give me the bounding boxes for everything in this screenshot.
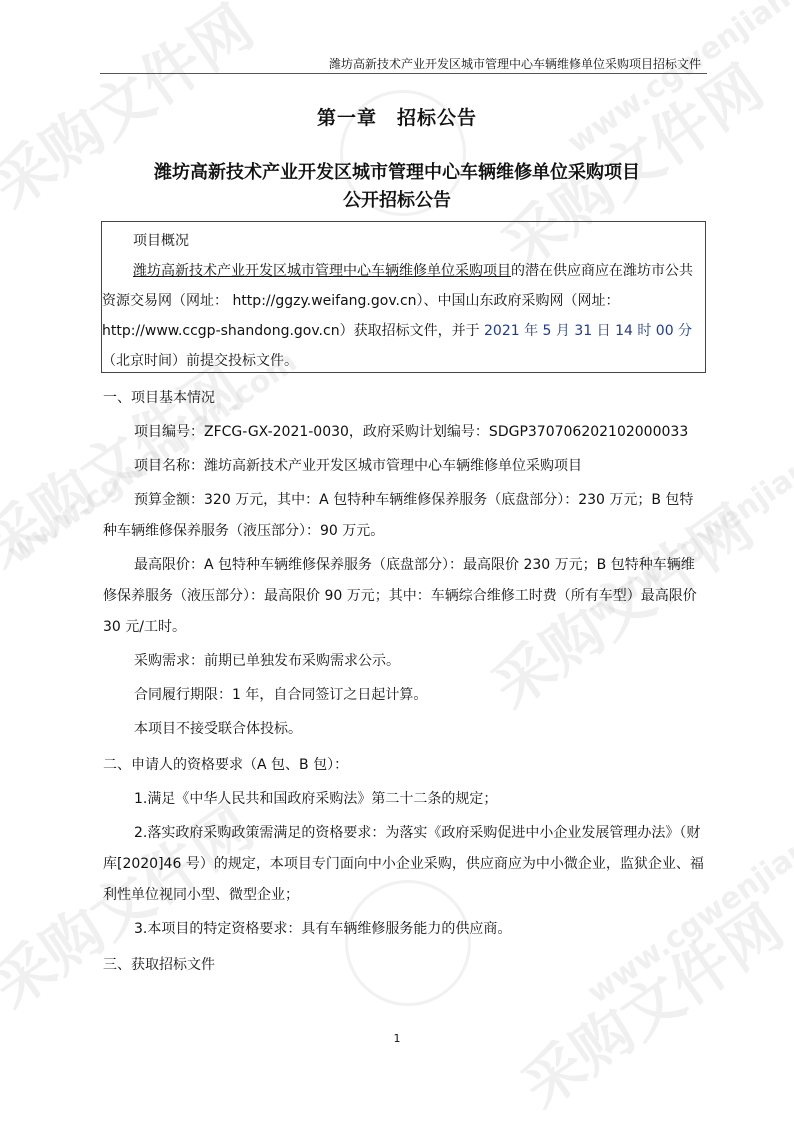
section1-item: 项目名称：潍坊高新技术产业开发区城市管理中心车辆维修单位采购项目 bbox=[103, 451, 706, 482]
watermark-url: www.cgwenjian.com bbox=[561, 0, 794, 161]
project-name-link: 潍坊高新技术产业开发区城市管理中心车辆维修单位采购项目 bbox=[133, 263, 511, 279]
section1-item: 最高限价：A 包特种车辆维修保养服务（底盘部分）：最高限价 230 万元；B 包… bbox=[103, 550, 706, 643]
document-title-line2: 公开招标公告 bbox=[0, 187, 794, 215]
section1-item: 项目编号：ZFCG-GX-2021-0030，政府采购计划编号：SDGP3707… bbox=[103, 417, 706, 448]
section1-item: 预算金额：320 万元，其中：A 包特种车辆维修保养服务（底盘部分）：230 万… bbox=[103, 485, 706, 547]
section2-item: 2.落实政府采购政策需满足的资格要求：为落实《政府采购促进中小企业发展管理办法》… bbox=[103, 818, 706, 911]
section1-item: 采购需求：前期已单独发布采购需求公示。 bbox=[103, 646, 706, 677]
overview-text-part2: （北京时间）前提交投标文件。 bbox=[102, 353, 298, 369]
deadline-text: 2021 年 5 月 31 日 14 时 00 分 bbox=[480, 323, 692, 339]
section1-item: 本项目不接受联合体投标。 bbox=[103, 714, 706, 745]
chapter-title: 第一章 招标公告 bbox=[0, 103, 794, 130]
overview-text: 潍坊高新技术产业开发区城市管理中心车辆维修单位采购项目的潜在供应商应在潍坊市公共… bbox=[102, 256, 699, 376]
document-body: 一、项目基本情况 项目编号：ZFCG-GX-2021-0030，政府采购计划编号… bbox=[103, 383, 706, 984]
section1-heading: 一、项目基本情况 bbox=[103, 383, 706, 414]
section1-item: 合同履行期限：1 年，自合同签订之日起计算。 bbox=[103, 680, 706, 711]
section3-heading: 三、获取招标文件 bbox=[103, 950, 706, 981]
project-overview-box: 项目概况 潍坊高新技术产业开发区城市管理中心车辆维修单位采购项目的潜在供应商应在… bbox=[101, 221, 706, 373]
document-title-line1: 潍坊高新技术产业开发区城市管理中心车辆维修单位采购项目 bbox=[0, 159, 794, 187]
overview-heading: 项目概况 bbox=[102, 226, 699, 256]
section2-heading: 二、申请人的资格要求（A 包、B 包）： bbox=[103, 750, 706, 781]
document-title: 潍坊高新技术产业开发区城市管理中心车辆维修单位采购项目 公开招标公告 bbox=[0, 159, 794, 215]
section2-item: 3.本项目的特定资格要求：具有车辆维修服务能力的供应商。 bbox=[103, 914, 706, 945]
page-number: 1 bbox=[0, 1032, 794, 1045]
running-header-text: 潍坊高新技术产业开发区城市管理中心车辆维修单位采购项目招标文件 bbox=[329, 57, 707, 71]
section2-item: 1.满足《中华人民共和国政府采购法》第二十二条的规定； bbox=[103, 784, 706, 815]
running-header: 潍坊高新技术产业开发区城市管理中心车辆维修单位采购项目招标文件 bbox=[100, 56, 707, 74]
